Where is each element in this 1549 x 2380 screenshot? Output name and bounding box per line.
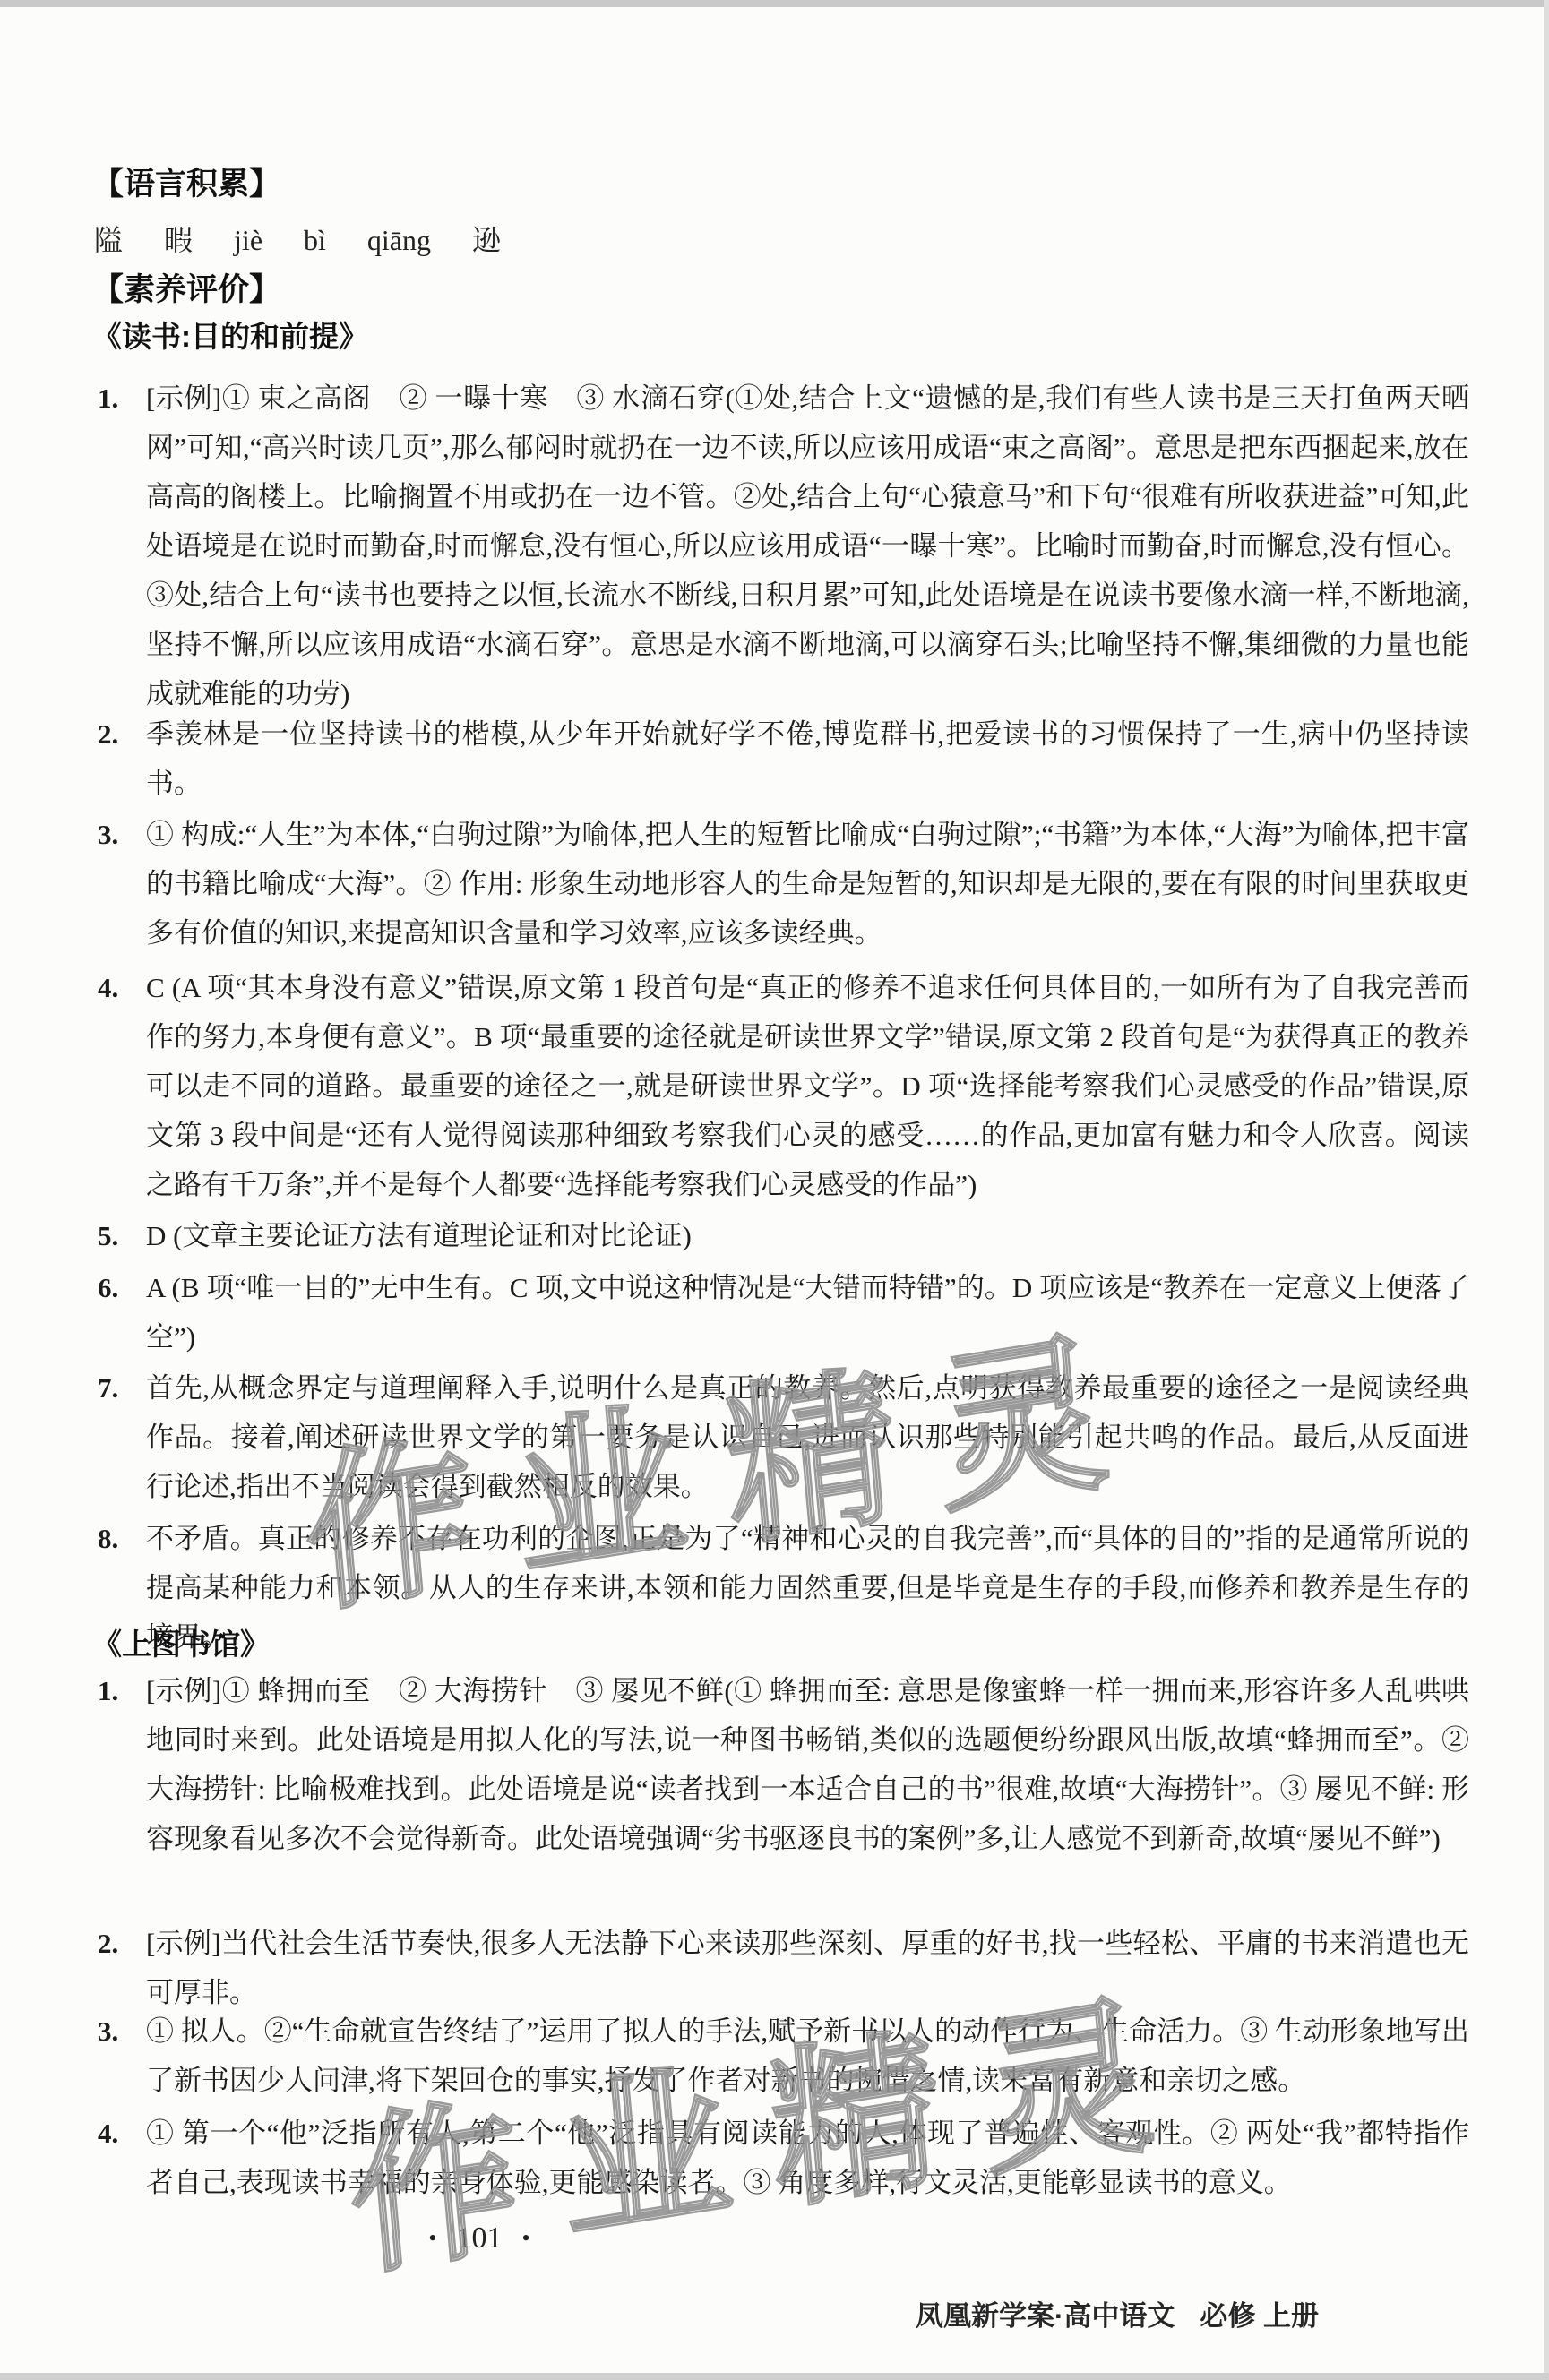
- answer-item: 4. C (A 项“其本身没有意义”错误,原文第 1 段首句是“真正的修养不追求…: [92, 963, 1469, 1209]
- item-number: 4.: [98, 2109, 118, 2158]
- item-text: ① 拟人。②“生命就宣告终结了”运用了拟人的手法,赋予新书以人的动作行为、生命活…: [146, 2015, 1469, 2096]
- section-heading-evaluation: 【素养评价】: [92, 265, 280, 310]
- item-text: ① 第一个“他”泛指所有人,第二个“他”泛指具有阅读能力的人,体现了普遍性、客观…: [146, 2118, 1469, 2198]
- item-number: 1.: [98, 1666, 118, 1715]
- item-text: 不矛盾。真正的修养不存在功利的企图,正是为了“精神和心灵的自我完善”,而“具体的…: [146, 1523, 1469, 1653]
- item-text: 首先,从概念界定与道理阐释入手,说明什么是真正的教养。然后,点明获得教养最重要的…: [146, 1372, 1469, 1502]
- item-number: 3.: [98, 2006, 118, 2056]
- answer-item: 2. 季羡林是一位坚持读书的楷模,从少年开始就好学不倦,博览群书,把爱读书的习惯…: [92, 709, 1469, 808]
- item-number: 4.: [98, 963, 118, 1012]
- page-number-value: 101: [457, 2221, 503, 2255]
- scan-edge-top: [0, 0, 1549, 7]
- scan-edge-right: [1544, 0, 1549, 2380]
- pinyin-term: 逊: [472, 218, 501, 259]
- pinyin-term: bì: [304, 224, 326, 257]
- item-text: 季羡林是一位坚持读书的楷模,从少年开始就好学不倦,博览群书,把爱读书的习惯保持了…: [146, 718, 1469, 799]
- pinyin-term: jiè: [234, 224, 262, 257]
- answer-item: 5. D (文章主要论证方法有道理论证和对比论证): [92, 1211, 1469, 1260]
- answer-item: 1. [示例]① 束之高阁 ② 一曝十寒 ③ 水滴石穿(①处,结合上文“遗憾的是…: [92, 374, 1469, 718]
- pinyin-term: 隘: [94, 218, 123, 259]
- item-number: 7.: [98, 1363, 118, 1413]
- item-number: 6.: [98, 1263, 118, 1312]
- answer-item: 1. [示例]① 蜂拥而至 ② 大海捞针 ③ 屡见不鲜(① 蜂拥而至: 意思是像…: [92, 1666, 1469, 1863]
- answer-item: 4. ① 第一个“他”泛指所有人,第二个“他”泛指具有阅读能力的人,体现了普遍性…: [92, 2109, 1469, 2207]
- section-heading-language: 【语言积累】: [92, 159, 280, 204]
- item-number: 1.: [98, 374, 118, 423]
- item-number: 8.: [98, 1514, 118, 1563]
- answer-item: 7. 首先,从概念界定与道理阐释入手,说明什么是真正的教养。然后,点明获得教养最…: [92, 1363, 1469, 1511]
- page-number-dot: •: [428, 2225, 436, 2252]
- page-number-dot: •: [522, 2225, 530, 2252]
- item-text: C (A 项“其本身没有意义”错误,原文第 1 段首句是“真正的修养不追求任何具…: [146, 972, 1469, 1200]
- answer-item: 3. ① 构成:“人生”为本体,“白驹过隙”为喻体,把人生的短暂比喻成“白驹过隙…: [92, 810, 1469, 958]
- item-number: 2.: [98, 1919, 118, 1968]
- pinyin-answer-line: 隘 暇 jiè bì qiāng 逊: [94, 218, 535, 259]
- answer-item: 2. [示例]当代社会生活节奏快,很多人无法静下心来读那些深刻、厚重的好书,找一…: [92, 1919, 1469, 2017]
- imprint-volume: 必修 上册: [1200, 2300, 1319, 2332]
- pinyin-term: qiāng: [367, 224, 431, 257]
- item-text: [示例]当代社会生活节奏快,很多人无法静下心来读那些深刻、厚重的好书,找一些轻松…: [146, 1928, 1469, 2008]
- imprint-separator: ·: [1054, 2300, 1063, 2332]
- answer-item: 3. ① 拟人。②“生命就宣告终结了”运用了拟人的手法,赋予新书以人的动作行为、…: [92, 2006, 1469, 2105]
- item-text: ① 构成:“人生”为本体,“白驹过隙”为喻体,把人生的短暂比喻成“白驹过隙”;“…: [146, 819, 1469, 949]
- item-text: D (文章主要论证方法有道理论证和对比论证): [146, 1220, 692, 1251]
- pinyin-term: 暇: [164, 218, 193, 259]
- item-text: [示例]① 束之高阁 ② 一曝十寒 ③ 水滴石穿(①处,结合上文“遗憾的是,我们…: [146, 382, 1469, 709]
- imprint-brand: 凤凰新学案: [916, 2300, 1054, 2332]
- imprint-subject: 高中语文: [1063, 2300, 1175, 2332]
- answer-item: 6. A (B 项“唯一目的”无中生有。C 项,文中说这种情况是“大错而特错”的…: [92, 1263, 1469, 1362]
- page-number: • 101 •: [394, 2221, 564, 2255]
- scanned-answer-page: 作业精灵 作业精灵 【语言积累】 隘 暇 jiè bì qiāng 逊 【素养评…: [0, 0, 1549, 2380]
- item-number: 3.: [98, 810, 118, 859]
- item-text: A (B 项“唯一目的”无中生有。C 项,文中说这种情况是“大错而特错”的。D …: [146, 1272, 1469, 1353]
- scan-edge-bottom: [0, 2373, 1549, 2380]
- item-number: 2.: [98, 709, 118, 759]
- answer-item: 8. 不矛盾。真正的修养不存在功利的企图,正是为了“精神和心灵的自我完善”,而“…: [92, 1514, 1469, 1662]
- lesson-title-reading1: 《读书:目的和前提》: [92, 314, 368, 356]
- item-number: 5.: [98, 1211, 118, 1260]
- item-text: [示例]① 蜂拥而至 ② 大海捞针 ③ 屡见不鲜(① 蜂拥而至: 意思是像蜜蜂一…: [146, 1675, 1469, 1854]
- book-imprint: 凤凰新学案·高中语文必修 上册: [916, 2293, 1319, 2333]
- lesson-title-reading2: 《上图书馆》: [92, 1621, 270, 1663]
